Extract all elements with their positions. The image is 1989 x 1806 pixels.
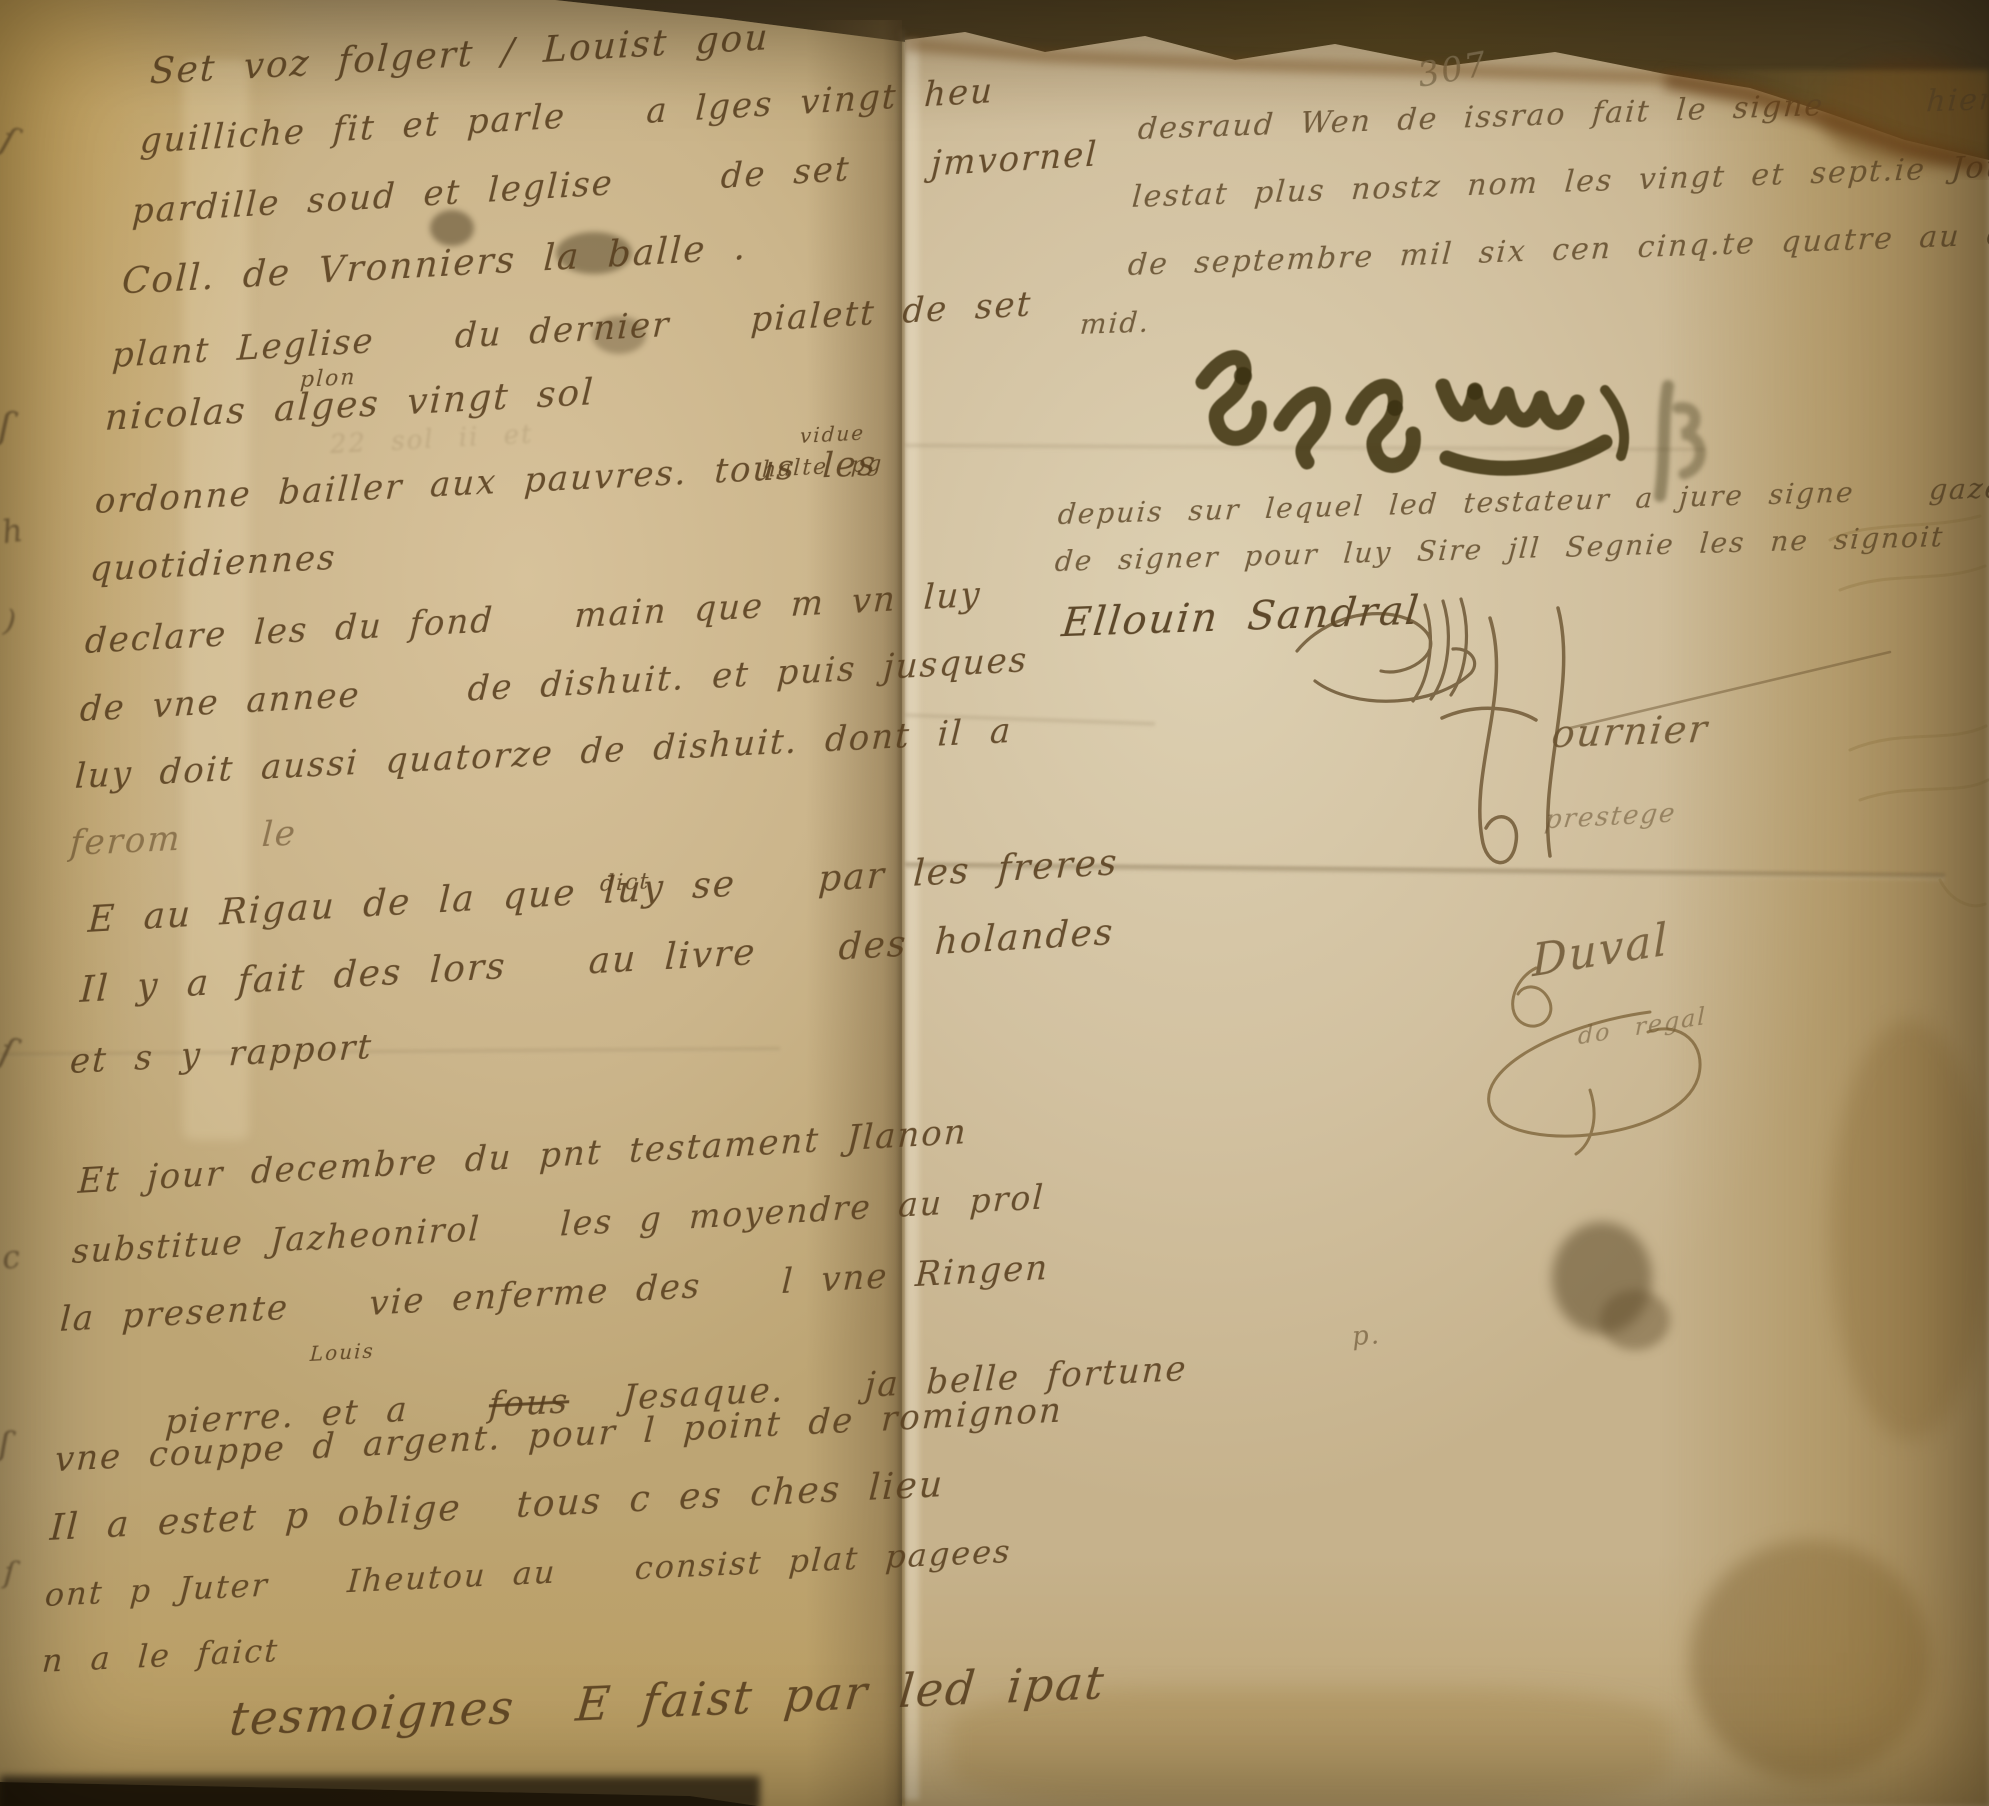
margin-fragment: c (0, 1237, 22, 1277)
manuscript-photo: ſ ʃ h ) ſ c ʃ ſ Set voz folgert / Louist… (0, 0, 1989, 1806)
torn-edge-burn (905, 20, 1989, 180)
interline-word: Louis (309, 1339, 375, 1366)
right-page-tanned-edge (1660, 70, 1989, 1806)
small-ink-mark: p. (1351, 1320, 1382, 1352)
smudged-mark (1638, 378, 1718, 508)
testator-bold-ink-mark (1185, 330, 1655, 480)
interline-word: vidue (799, 421, 865, 449)
duval-paraph-flourish (1440, 940, 1770, 1170)
interline-word: dict (599, 869, 651, 897)
manuscript-line: mid. (1079, 305, 1152, 341)
show-through-scribbles (1820, 500, 1989, 920)
